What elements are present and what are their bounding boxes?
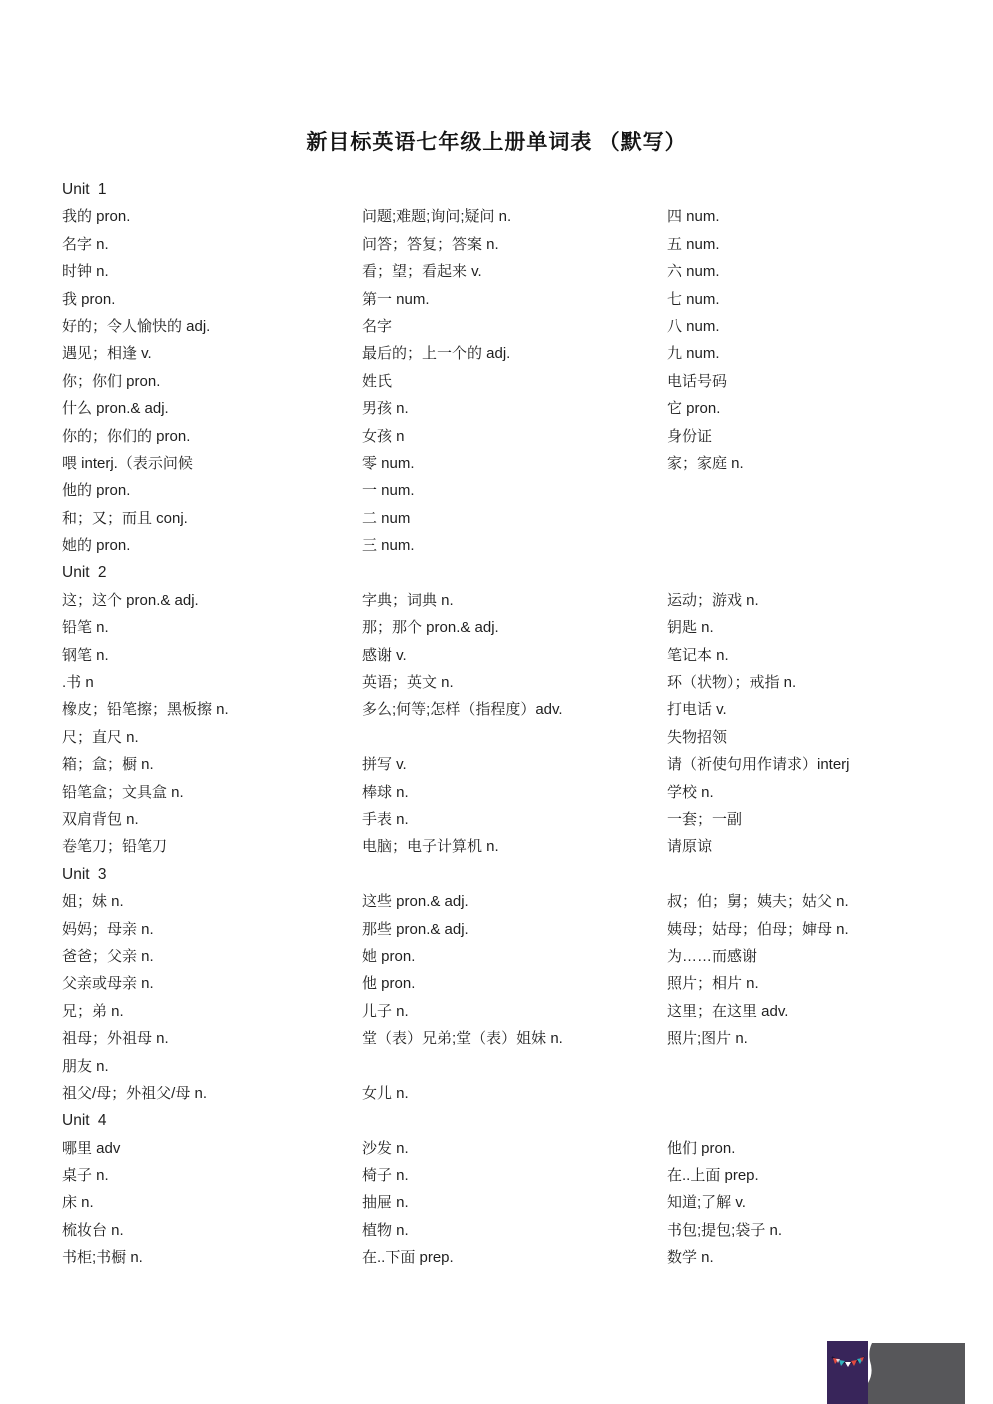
vocab-row: 这；这个 pron.& adj.字典；词典 n.运动；游戏 n. <box>62 587 993 614</box>
vocab-entry <box>667 505 993 532</box>
vocab-entry: 尺；直尺 n. <box>62 724 362 751</box>
vocab-row: 尺；直尺 n.失物招领 <box>62 724 993 751</box>
vocab-entry: 床 n. <box>62 1189 362 1216</box>
page-title: 新目标英语七年级上册单词表 （默写） <box>0 126 993 156</box>
vocab-entry: 橡皮；铅笔擦；黑板擦 n. <box>62 696 362 723</box>
vocab-entry: 他们 pron. <box>667 1135 993 1162</box>
vocab-entry: 请原谅 <box>667 833 993 860</box>
vocab-row: 朋友 n. <box>62 1053 993 1080</box>
vocab-entry: 朋友 n. <box>62 1053 362 1080</box>
vocab-row: 什么 pron.& adj.男孩 n.它 pron. <box>62 395 993 422</box>
vocab-row: 祖母；外祖母 n.堂（表）兄弟;堂（表）姐妹 n.照片;图片 n. <box>62 1025 993 1052</box>
unit-header: Unit 4 <box>62 1107 993 1134</box>
vocab-entry: 姐；妹 n. <box>62 888 362 915</box>
vocab-entry: 姨母；姑母；伯母；婶母 n. <box>667 916 993 943</box>
vocab-entry: 名字 <box>362 313 667 340</box>
vocab-entry: 你；你们 pron. <box>62 368 362 395</box>
vocab-entry: 沙发 n. <box>362 1135 667 1162</box>
vocab-entry: 九 num. <box>667 340 993 367</box>
vocab-row: 父亲或母亲 n.他 pron.照片；相片 n. <box>62 970 993 997</box>
vocab-entry: 他 pron. <box>362 970 667 997</box>
vocab-entry: 请（祈使句用作请求）interj <box>667 751 993 778</box>
vocab-entry: 它 pron. <box>667 395 993 422</box>
vocab-row: 兄；弟 n.儿子 n.这里；在这里 adv. <box>62 998 993 1025</box>
vocab-row: 你；你们 pron.姓氏电话号码 <box>62 368 993 395</box>
vocab-entry <box>362 1053 667 1080</box>
unit-section: Unit 1我的 pron.问题;难题;询问;疑问 n.四 num.名字 n.问… <box>62 176 993 559</box>
vocab-entry: 儿子 n. <box>362 998 667 1025</box>
vocab-entry: 我 pron. <box>62 286 362 313</box>
vocab-entry: 拼写 v. <box>362 751 667 778</box>
vocab-entry: 梳妆台 n. <box>62 1217 362 1244</box>
vocab-entry: 桌子 n. <box>62 1162 362 1189</box>
vocab-row: 我的 pron.问题;难题;询问;疑问 n.四 num. <box>62 203 993 230</box>
vocab-entry: 三 num. <box>362 532 667 559</box>
vocab-entry: 女儿 n. <box>362 1080 667 1107</box>
unit-section: Unit 2这；这个 pron.& adj.字典；词典 n.运动；游戏 n.铅笔… <box>62 559 993 860</box>
vocab-entry: 兄；弟 n. <box>62 998 362 1025</box>
vocab-row: 祖父/母；外祖父/母 n.女儿 n. <box>62 1080 993 1107</box>
vocab-entry: 钥匙 n. <box>667 614 993 641</box>
vocab-entry: 姓氏 <box>362 368 667 395</box>
vocab-entry: 我的 pron. <box>62 203 362 230</box>
vocab-row: 好的；令人愉快的 adj.名字八 num. <box>62 313 993 340</box>
vocab-entry: 运动；游戏 n. <box>667 587 993 614</box>
vocab-row: 和；又；而且 conj.二 num <box>62 505 993 532</box>
vocab-entry: 字典；词典 n. <box>362 587 667 614</box>
vocab-entry: 二 num <box>362 505 667 532</box>
vocab-row: 喂 interj.（表示问候零 num.家；家庭 n. <box>62 450 993 477</box>
vocab-entry: 什么 pron.& adj. <box>62 395 362 422</box>
vocab-entry: 时钟 n. <box>62 258 362 285</box>
unit-header: Unit 2 <box>62 559 993 586</box>
vocab-entry: 铅笔 n. <box>62 614 362 641</box>
vocab-entry: 一套；一副 <box>667 806 993 833</box>
vocab-entry: 四 num. <box>667 203 993 230</box>
vocab-row: 我 pron.第一 num.七 num. <box>62 286 993 313</box>
vocab-entry: 感谢 v. <box>362 642 667 669</box>
vocab-entry: 在..上面 prep. <box>667 1162 993 1189</box>
vocab-entry: 这些 pron.& adj. <box>362 888 667 915</box>
vocab-row: 双肩背包 n.手表 n.一套；一副 <box>62 806 993 833</box>
unit-section: Unit 3姐；妹 n.这些 pron.& adj.叔；伯；舅；姨夫；姑父 n.… <box>62 861 993 1108</box>
vocab-entry: 男孩 n. <box>362 395 667 422</box>
document-page: 新目标英语七年级上册单词表 （默写） Unit 1我的 pron.问题;难题;询… <box>0 0 993 1404</box>
vocab-entry: 祖父/母；外祖父/母 n. <box>62 1080 362 1107</box>
vocab-entry: 问答；答复；答案 n. <box>362 231 667 258</box>
vocab-entry <box>362 724 667 751</box>
vocab-entry: 学校 n. <box>667 779 993 806</box>
vocab-entry: 椅子 n. <box>362 1162 667 1189</box>
vocab-entry: 这里；在这里 adv. <box>667 998 993 1025</box>
vocab-entry <box>667 532 993 559</box>
vocab-entry: 棒球 n. <box>362 779 667 806</box>
vocab-entry: 打电话 v. <box>667 696 993 723</box>
vocab-entry: 她 pron. <box>362 943 667 970</box>
vocab-entry <box>667 477 993 504</box>
unit-header: Unit 1 <box>62 176 993 203</box>
vocab-entry: 和；又；而且 conj. <box>62 505 362 532</box>
vocab-entry: 手表 n. <box>362 806 667 833</box>
vocab-entry: 五 num. <box>667 231 993 258</box>
vocab-entry: 那些 pron.& adj. <box>362 916 667 943</box>
vocab-entry: 看；望；看起来 v. <box>362 258 667 285</box>
vocab-entry: 在..下面 prep. <box>362 1244 667 1271</box>
vocab-entry: 家；家庭 n. <box>667 450 993 477</box>
vocab-entry: 六 num. <box>667 258 993 285</box>
vocab-row: 床 n.抽屉 n.知道;了解 v. <box>62 1189 993 1216</box>
vocab-entry: 最后的；上一个的 adj. <box>362 340 667 367</box>
vocab-entry: 卷笔刀；铅笔刀 <box>62 833 362 860</box>
vocab-row: 橡皮；铅笔擦；黑板擦 n.多么;何等;怎样（指程度）adv.打电话 v. <box>62 696 993 723</box>
vocab-entry: 电话号码 <box>667 368 993 395</box>
vocab-entry: 书包;提包;袋子 n. <box>667 1217 993 1244</box>
vocab-entry: 身份证 <box>667 423 993 450</box>
vocab-entry: 女孩 n <box>362 423 667 450</box>
vocab-entry: 电脑；电子计算机 n. <box>362 833 667 860</box>
vocab-entry: 堂（表）兄弟;堂（表）姐妹 n. <box>362 1025 667 1052</box>
vocab-row: 爸爸；父亲 n.她 pron.为……而感谢 <box>62 943 993 970</box>
vocab-row: 铅笔盒；文具盒 n.棒球 n.学校 n. <box>62 779 993 806</box>
vocab-entry: 祖母；外祖母 n. <box>62 1025 362 1052</box>
vocab-entry: 数学 n. <box>667 1244 993 1271</box>
vocab-entry: 他的 pron. <box>62 477 362 504</box>
vocab-entry: 她的 pron. <box>62 532 362 559</box>
vocab-row: 时钟 n.看；望；看起来 v.六 num. <box>62 258 993 285</box>
vocab-row: 名字 n.问答；答复；答案 n.五 num. <box>62 231 993 258</box>
vocab-entry <box>667 1053 993 1080</box>
vocab-entry: 这；这个 pron.& adj. <box>62 587 362 614</box>
vocab-row: 书柜;书橱 n.在..下面 prep.数学 n. <box>62 1244 993 1271</box>
vocab-row: 妈妈；母亲 n.那些 pron.& adj.姨母；姑母；伯母；婶母 n. <box>62 916 993 943</box>
vocab-entry: 爸爸；父亲 n. <box>62 943 362 970</box>
vocab-entry: 照片；相片 n. <box>667 970 993 997</box>
unit-section: Unit 4哪里 adv沙发 n.他们 pron.桌子 n.椅子 n.在..上面… <box>62 1107 993 1271</box>
vocab-row: 卷笔刀；铅笔刀电脑；电子计算机 n.请原谅 <box>62 833 993 860</box>
vocab-entry: 父亲或母亲 n. <box>62 970 362 997</box>
watermark-logo <box>827 1341 993 1404</box>
vocab-row: 铅笔 n.那；那个 pron.& adj.钥匙 n. <box>62 614 993 641</box>
vocab-entry: 第一 num. <box>362 286 667 313</box>
bunting-garland-icon <box>831 1353 865 1375</box>
vocab-entry: 你的；你们的 pron. <box>62 423 362 450</box>
vocab-entry: 叔；伯；舅；姨夫；姑父 n. <box>667 888 993 915</box>
vocab-row: 遇见；相逢 v.最后的；上一个的 adj.九 num. <box>62 340 993 367</box>
vocab-entry: 书柜;书橱 n. <box>62 1244 362 1271</box>
vocab-row: 哪里 adv沙发 n.他们 pron. <box>62 1135 993 1162</box>
vocab-entry: 照片;图片 n. <box>667 1025 993 1052</box>
vocab-entry: 知道;了解 v. <box>667 1189 993 1216</box>
vocab-entry: 钢笔 n. <box>62 642 362 669</box>
vocab-entry: 环（状物）；戒指 n. <box>667 669 993 696</box>
vocab-row: 箱；盒；橱 n.拼写 v.请（祈使句用作请求）interj <box>62 751 993 778</box>
vocab-entry: 一 num. <box>362 477 667 504</box>
vocab-entry: 多么;何等;怎样（指程度）adv. <box>362 696 667 723</box>
vocab-row: 她的 pron.三 num. <box>62 532 993 559</box>
vocab-entry: 遇见；相逢 v. <box>62 340 362 367</box>
vocab-list: Unit 1我的 pron.问题;难题;询问;疑问 n.四 num.名字 n.问… <box>62 176 993 1272</box>
vocab-entry: 英语；英文 n. <box>362 669 667 696</box>
watermark-gray-block <box>868 1343 965 1404</box>
vocab-row: 他的 pron.一 num. <box>62 477 993 504</box>
vocab-row: 桌子 n.椅子 n.在..上面 prep. <box>62 1162 993 1189</box>
vocab-entry: 失物招领 <box>667 724 993 751</box>
unit-header: Unit 3 <box>62 861 993 888</box>
vocab-entry: 妈妈；母亲 n. <box>62 916 362 943</box>
vocab-entry: 植物 n. <box>362 1217 667 1244</box>
vocab-row: 你的；你们的 pron.女孩 n身份证 <box>62 423 993 450</box>
vocab-row: 钢笔 n.感谢 v.笔记本 n. <box>62 642 993 669</box>
vocab-entry: 双肩背包 n. <box>62 806 362 833</box>
vocab-entry: 问题;难题;询问;疑问 n. <box>362 203 667 230</box>
vocab-entry: 八 num. <box>667 313 993 340</box>
vocab-entry: 箱；盒；橱 n. <box>62 751 362 778</box>
vocab-entry: 那；那个 pron.& adj. <box>362 614 667 641</box>
vocab-row: 姐；妹 n.这些 pron.& adj.叔；伯；舅；姨夫；姑父 n. <box>62 888 993 915</box>
vocab-entry: 零 num. <box>362 450 667 477</box>
vocab-entry: .书 n <box>62 669 362 696</box>
vocab-entry: 名字 n. <box>62 231 362 258</box>
vocab-entry: 铅笔盒；文具盒 n. <box>62 779 362 806</box>
vocab-entry: 笔记本 n. <box>667 642 993 669</box>
vocab-row: .书 n英语；英文 n.环（状物）；戒指 n. <box>62 669 993 696</box>
vocab-entry: 喂 interj.（表示问候 <box>62 450 362 477</box>
vocab-entry: 为……而感谢 <box>667 943 993 970</box>
vocab-row: 梳妆台 n.植物 n.书包;提包;袋子 n. <box>62 1217 993 1244</box>
vocab-entry: 七 num. <box>667 286 993 313</box>
vocab-entry: 好的；令人愉快的 adj. <box>62 313 362 340</box>
vocab-entry <box>667 1080 993 1107</box>
vocab-entry: 抽屉 n. <box>362 1189 667 1216</box>
vocab-entry: 哪里 adv <box>62 1135 362 1162</box>
